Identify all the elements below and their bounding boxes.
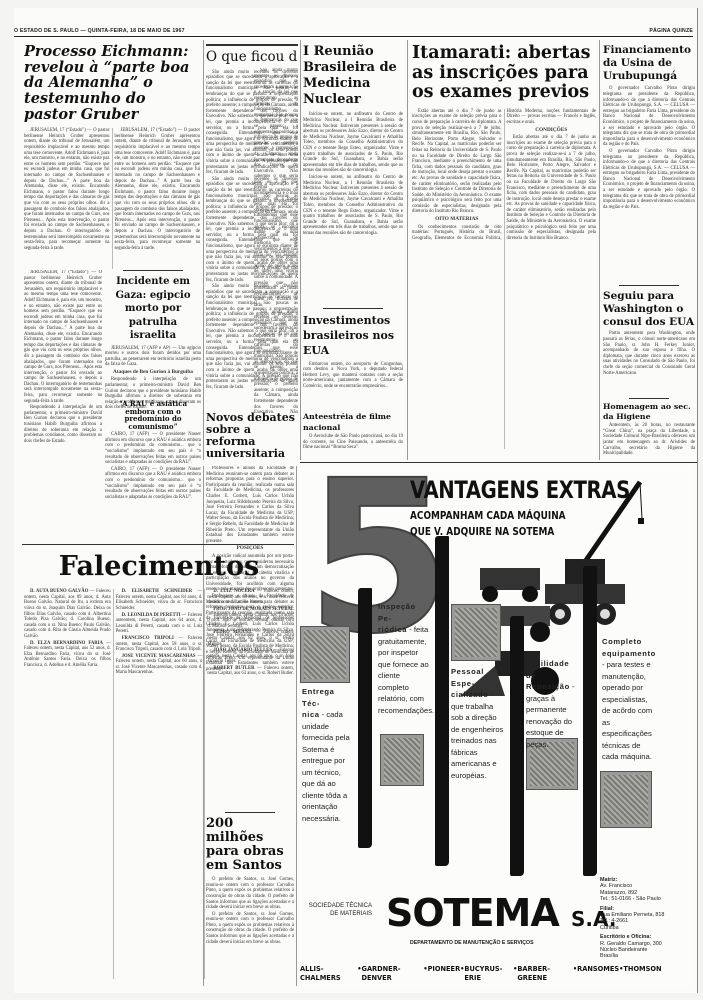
obituary-entry: D. LEONILDA DI PERETTI — Faleceu anteont… xyxy=(116,613,203,635)
ad-subtitle-2: QUE V. ADQUIRE NA SOTEMA xyxy=(410,526,554,538)
obituary-entry: D. ELISABETH SCHNEIDER — Faleceu ontem, … xyxy=(116,589,203,611)
feature-completo-equipamento: Completoequipamento - para testes e manu… xyxy=(602,636,658,763)
obituary-entry: FRANCISCO TRIPOLI — Faleceu ontem, nesta… xyxy=(116,636,203,653)
article-reforma-head: Novos debates sobre a reforma universita… xyxy=(206,412,298,462)
headline-eichmann: Processo Eichmann: revelou à “parte boa … xyxy=(24,44,200,122)
photo-equipment xyxy=(600,771,652,828)
headline-homenagem: Homenagem ao sec. da Higiene xyxy=(603,402,695,422)
brush-stroke xyxy=(435,536,449,866)
brush-stroke xyxy=(358,588,372,848)
masthead-date: O ESTADO DE S. PAULO — QUINTA-FEIRA, 18 … xyxy=(14,28,185,34)
headline-urubupunga: Financiamento da Usina de Urubupungá xyxy=(603,44,695,82)
page-number: PÁGINA QUINZE xyxy=(649,28,693,34)
photo-inspection xyxy=(380,734,424,786)
brand-name: BARBER-GREENE xyxy=(517,964,573,982)
feature-pessoal-especializado: Pessoal Espe-cializado - que trabalha so… xyxy=(451,666,505,781)
column-rule xyxy=(203,40,204,460)
address-block: Matriz:Av. FranciscoMatarazzo, 892Tel.: … xyxy=(600,874,664,960)
headline-itamarati: Itamarati: abertas as inscrições para os… xyxy=(412,44,596,103)
obituary-entry: JOSE VICENTE MASCARENHAS — Faleceu ontem… xyxy=(116,654,203,676)
article-corrupcao-col2: São ainda muito recentes os diversos epi… xyxy=(254,68,298,413)
article-reuniao: I Reunião Brasileira de Medicina Nuclear… xyxy=(303,44,403,304)
article-itamarati: Itamarati: abertas as inscrições para os… xyxy=(412,44,596,459)
obituary-entry: PEDRO MIGUEL — Faleceu ontem, nesta Capi… xyxy=(207,630,294,647)
article-eichmann-cont: JERUSALEM, 17 (“Estado”) — O pastor berl… xyxy=(24,270,102,540)
column-rule xyxy=(599,40,600,460)
brand-name: THOMSON xyxy=(623,964,661,982)
article-body: JERUSALEM, 17 (“Estado”) — O pastor berl… xyxy=(24,128,200,269)
brand-name: PIONEER xyxy=(428,964,461,982)
headline-reuniao: I Reunião Brasileira de Medicina Nuclear xyxy=(303,44,403,107)
headline-corrupcao: O que ficou da corrupção xyxy=(206,50,298,65)
sotema-logo: SOTEMA S.A. xyxy=(386,891,616,935)
brands-strip: ALLIS-CHALMERS•GARDNER-DENVER•PIONEER•BU… xyxy=(300,964,662,982)
brand-name: BUCYRUS-ERIE xyxy=(464,964,513,982)
headline-antestreia: Anteestréia de filme nacional xyxy=(303,412,403,433)
company-descriptor: SOCIEDADE TÉCNICA DE MATERIAIS xyxy=(300,902,372,918)
obituary-entry: D. ELZA BERNARDINO FARIA — Faleceu ontem… xyxy=(24,641,111,669)
brand-name: GARDNER-DENVER xyxy=(362,964,424,982)
headline-rau: “A RAU é asiática embora com o predomíni… xyxy=(105,400,201,430)
address-line: Curitiba xyxy=(600,925,664,931)
department-label: DEPARTAMENTO DE MANUTENÇÃO E SERVIÇOS xyxy=(410,940,534,946)
headline-investimentos: Investimentos brasileiros nos EUA xyxy=(303,314,403,359)
headline-falecimentos: Falecimentos xyxy=(24,552,294,581)
headline-consul: Seguiu para Washington o consul dos EUA xyxy=(603,290,695,328)
address-line: Brasília xyxy=(600,953,664,959)
sotema-advertisement: 5 VANTAGENS EXTRAS ACOMPANHAM CADA MÁQUI… xyxy=(300,466,693,988)
address-line: Tel.: 51-0166 - São Paulo xyxy=(600,896,664,902)
photo-staff xyxy=(451,604,501,661)
article-investimentos: Investimentos brasileiros nos EUA Embarc… xyxy=(303,308,403,408)
obituary-entry: D. AUTA BUENO GALVÃO — Faleceu ontem, ne… xyxy=(24,589,111,639)
feature-inspecao-periodica: Inspeção Pe-riódica - feita gratuitament… xyxy=(378,601,430,716)
feature-facilidade-reposicao: Facilidade deReposição - graças à perman… xyxy=(526,658,580,750)
brush-stroke xyxy=(583,566,597,876)
obituary-entry: JOÃO JANUÁRIO TELLES — Faleceu ontem, ne… xyxy=(207,648,294,665)
obituary-entry: ROBERT BUTLER — Faleceu ontem, nesta Cap… xyxy=(207,666,294,677)
photo-delivery xyxy=(300,626,350,683)
article-urubupunga: Financiamento da Usina de Urubupungá O g… xyxy=(603,44,695,269)
column-rule xyxy=(300,40,301,460)
brand-name: ALLIS-CHALMERS xyxy=(300,964,357,982)
article-consul: Seguiu para Washington o consul dos EUA … xyxy=(603,285,695,395)
article-rau: “A RAU é asiática embora com o predomíni… xyxy=(105,400,201,540)
section-falecimentos: Falecimentos D. AUTA BUENO GALVÃO — Fale… xyxy=(24,548,294,988)
article-eichmann: Processo Eichmann: revelou à “parte boa … xyxy=(24,44,200,269)
article-homenagem: Homenagem ao sec. da Higiene Anteontem, … xyxy=(603,398,695,460)
brand-name: RANSOMES xyxy=(577,964,619,982)
obituary-list: D. AUTA BUENO GALVÃO — Faleceu ontem, ne… xyxy=(24,589,294,979)
brush-stroke xyxy=(510,616,524,876)
headline-reforma: Novos debates sobre a reforma universita… xyxy=(206,412,298,460)
masthead: O ESTADO DE S. PAULO — QUINTA-FEIRA, 18 … xyxy=(14,26,693,37)
column-rule xyxy=(296,466,297,986)
headline-gaza: Incidente em Gaza: egipcio morto por pat… xyxy=(105,275,201,343)
obituary-entry: PROF. JOAO DE MORAES SETUBAL — Faleceu o… xyxy=(207,607,294,629)
obituary-entry: D. LUIZ NOCERA — Faleceu ontem, nesta Ca… xyxy=(207,589,294,606)
column-rule xyxy=(407,40,408,460)
feature-entrega-tecnica: Entrega Téc-nica - cada unidade fornecid… xyxy=(302,686,354,824)
